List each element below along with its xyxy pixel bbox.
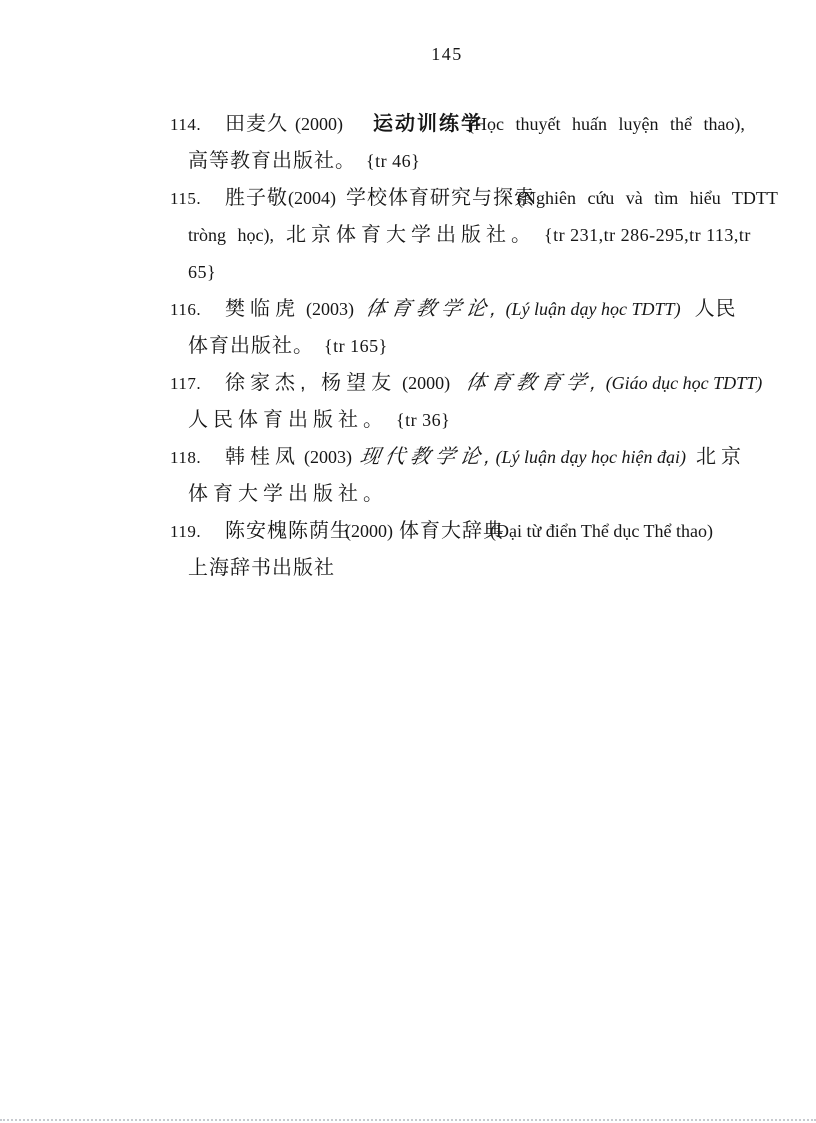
reference-line: 117.徐家杰, 杨望友(2000)体育教育学,(Giáo dục học TD…	[170, 365, 816, 402]
page-bottom-dotted-line	[0, 1116, 816, 1121]
page-number: 145	[0, 44, 816, 65]
reference-entry: 115.胜子敬(2004)学校体育研究与探索(Nghiên cứu và tìm…	[0, 180, 816, 291]
reference-line: 高等教育出版社。{tr 46}	[188, 143, 816, 180]
ref-author: 徐家杰, 杨望友	[225, 372, 396, 394]
ref-pages: {tr 231,tr 286-295,tr 113,tr	[544, 225, 751, 245]
reference-entry: 118.韩桂凤(2003)现代教学论,(Lý luận dạy học hiện…	[0, 439, 816, 513]
ref-publisher: 体育大学出版社。	[188, 483, 388, 505]
ref-number: 117.	[170, 365, 225, 402]
ref-year: (2003)	[304, 447, 352, 467]
ref-title-cn: 体育教学论,	[363, 291, 504, 328]
reference-entry: 117.徐家杰, 杨望友(2000)体育教育学,(Giáo dục học TD…	[0, 365, 816, 439]
reference-line: 118.韩桂凤(2003)现代教学论,(Lý luận dạy học hiện…	[170, 439, 816, 476]
ref-title-cn: 体育教育学,	[463, 365, 604, 402]
ref-year: (2000)	[402, 373, 450, 393]
reference-line: 体育出版社。{tr 165}	[188, 328, 816, 365]
ref-year: (2000)	[295, 114, 343, 134]
ref-publisher: 高等教育出版社。	[188, 150, 356, 172]
ref-publisher: 上海辞书出版社	[188, 557, 335, 579]
ref-number: 114.	[170, 106, 225, 143]
ref-author: 胜子敬	[225, 187, 288, 209]
document-page: 145 114.田麦久(2000)运动训练学(Học thuyết huấn l…	[0, 0, 816, 1123]
reference-entry: 119.陈安槐陈荫生(2000)体育大辞典(Đại từ điển Thể dụ…	[0, 513, 816, 587]
ref-publisher: 体育出版社。	[188, 335, 314, 357]
reference-line: 114.田麦久(2000)运动训练学(Học thuyết huấn luyện…	[170, 106, 816, 143]
ref-publisher: 人民	[695, 298, 737, 320]
ref-title-cn: 运动训练学	[373, 113, 483, 135]
reference-line: 上海辞书出版社	[188, 550, 816, 587]
ref-title-cn: 现代教学论,	[357, 439, 498, 476]
ref-title-cn: 体育大辞典	[399, 520, 504, 542]
reference-line: 115.胜子敬(2004)学校体育研究与探索(Nghiên cứu và tìm…	[170, 180, 816, 217]
ref-title-vi: (Học thuyết huấn luyện thể thao),	[468, 114, 745, 134]
reference-entry: 114.田麦久(2000)运动训练学(Học thuyết huấn luyện…	[0, 106, 816, 180]
ref-number: 116.	[170, 291, 225, 328]
ref-publisher: 人民体育出版社。	[188, 409, 388, 431]
ref-author: 韩桂凤	[225, 446, 300, 468]
ref-author: 陈安槐陈荫生	[225, 520, 351, 542]
ref-title-vi: (Giáo dục học TDTT)	[606, 373, 763, 393]
ref-title-vi: (Nghiên cứu và tìm hiểu TDTT	[517, 188, 778, 208]
ref-title-cn: 学校体育研究与探索	[346, 187, 535, 209]
ref-year: (2000)	[345, 521, 393, 541]
ref-pages: 65}	[188, 262, 216, 282]
ref-number: 118.	[170, 439, 225, 476]
ref-year: (2003)	[306, 299, 354, 319]
ref-title-vi: tròng học),	[188, 225, 274, 245]
ref-number: 115.	[170, 180, 225, 217]
ref-pages: {tr 165}	[324, 336, 388, 356]
reference-line: 人民体育出版社。{tr 36}	[188, 402, 816, 439]
ref-number: 119.	[170, 513, 225, 550]
reference-line: 119.陈安槐陈荫生(2000)体育大辞典(Đại từ điển Thể dụ…	[170, 513, 816, 550]
ref-pages: {tr 36}	[396, 410, 450, 430]
ref-author: 田麦久	[225, 113, 288, 135]
ref-year: (2004)	[288, 188, 336, 208]
ref-title-vi: (Đại từ điển Thể dục Thể thao)	[490, 521, 713, 541]
reference-line: 体育大学出版社。	[188, 476, 816, 513]
reference-line: 65}	[188, 254, 816, 291]
ref-title-vi: (Lý luận dạy học hiện đại)	[496, 447, 686, 467]
ref-publisher: 北京体育大学出版社。	[286, 224, 536, 246]
ref-author: 樊临虎	[225, 298, 300, 320]
ref-publisher: 北京	[696, 446, 746, 468]
reference-list: 114.田麦久(2000)运动训练学(Học thuyết huấn luyện…	[0, 106, 816, 587]
reference-entry: 116.樊临虎(2003)体育教学论,(Lý luận dạy học TDTT…	[0, 291, 816, 365]
reference-line: 116.樊临虎(2003)体育教学论,(Lý luận dạy học TDTT…	[170, 291, 816, 328]
ref-title-vi: (Lý luận dạy học TDTT)	[506, 299, 681, 319]
ref-pages: {tr 46}	[366, 151, 420, 171]
reference-line: tròng học),北京体育大学出版社。{tr 231,tr 286-295,…	[188, 217, 816, 254]
